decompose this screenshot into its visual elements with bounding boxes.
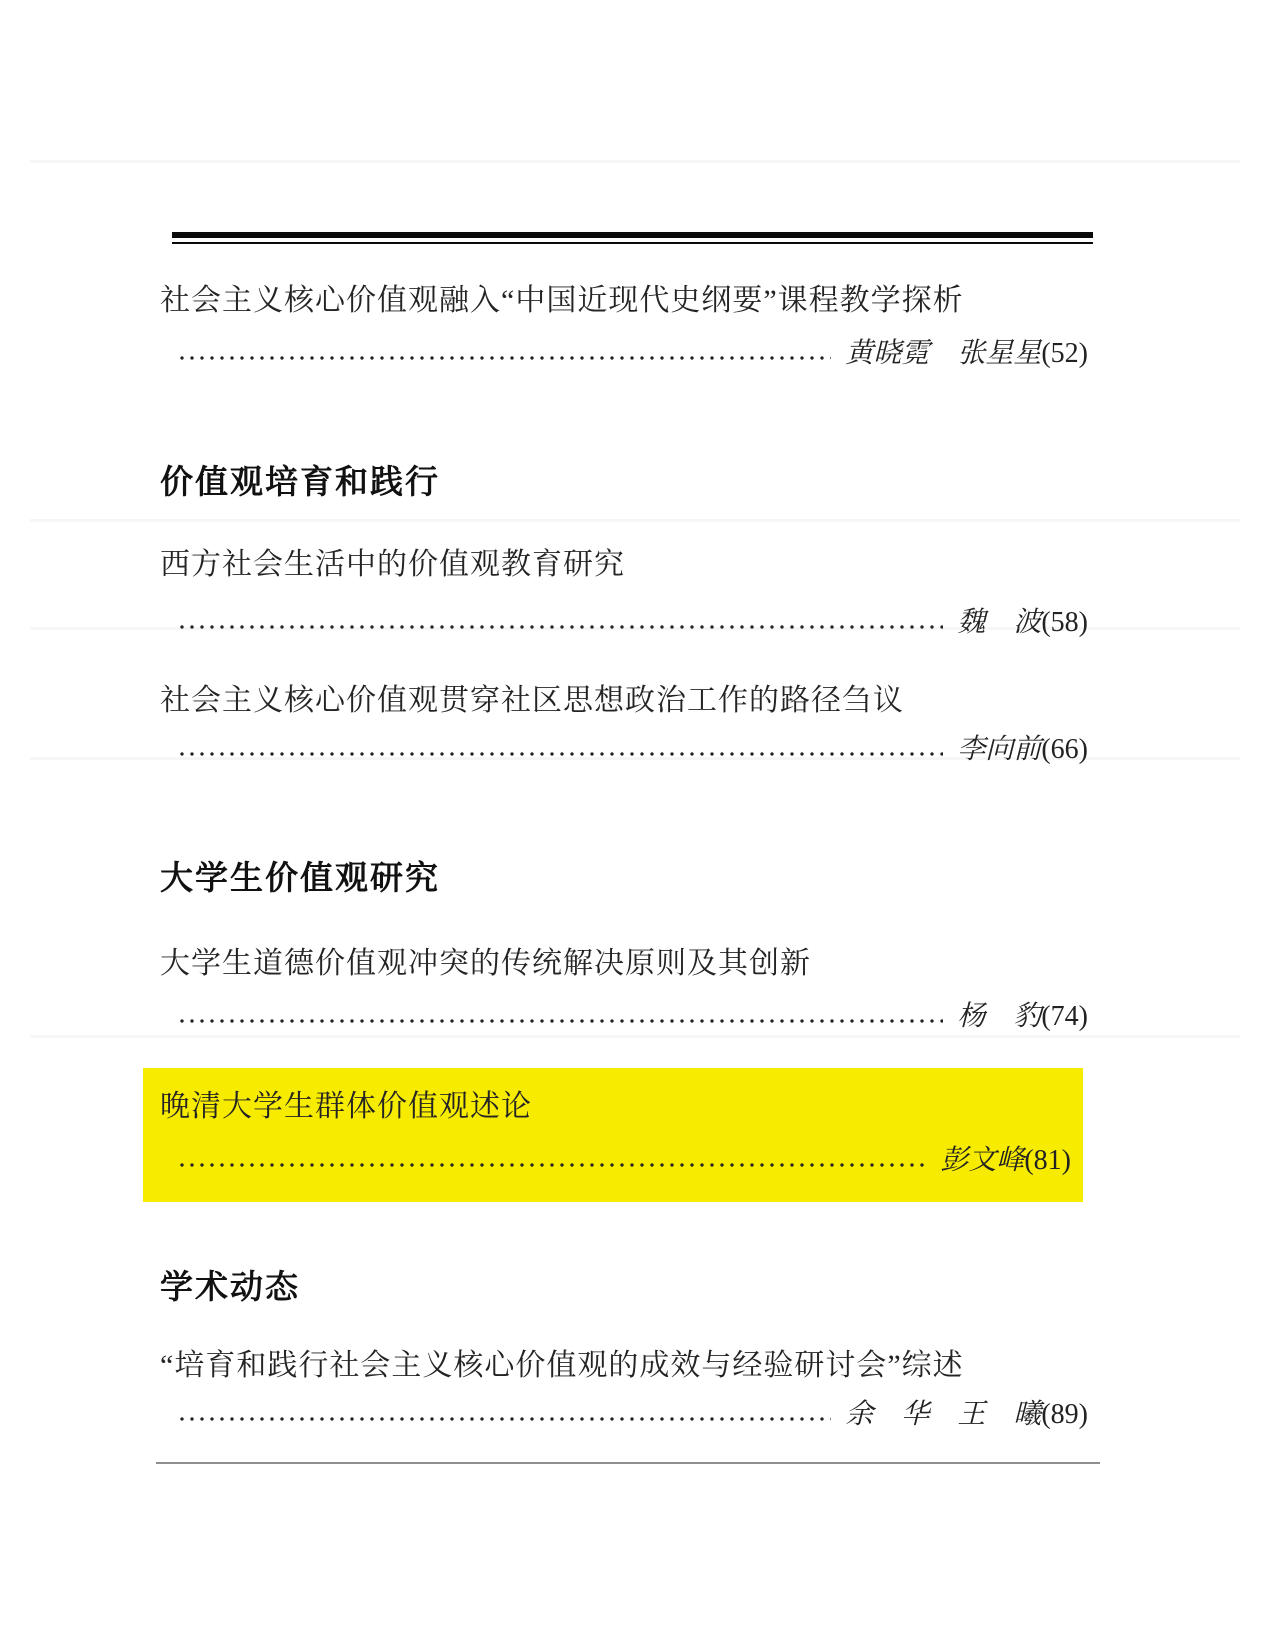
toc-entry-title[interactable]: 社会主义核心价值观贯穿社区思想政治工作的路径刍议: [160, 684, 1088, 718]
leader-dots: [177, 622, 943, 632]
toc-entry-title[interactable]: 大学生道德价值观冲突的传统解决原则及其创新: [160, 947, 1088, 981]
leader-dots: [177, 1414, 831, 1424]
toc-entry-title[interactable]: 社会主义核心价值观融入“中国近现代史纲要”课程教学探析: [160, 284, 1088, 318]
toc-entry-title[interactable]: “培育和践行社会主义核心价值观的成效与经验研讨会”综述: [160, 1349, 1088, 1383]
highlight-band[interactable]: 晚清大学生群体价值观述论 彭文峰 (81): [143, 1068, 1083, 1202]
leader-dots: [177, 353, 831, 363]
scan-artifact-line: [30, 519, 1240, 522]
toc-entry-leader[interactable]: 黄晓霓 张星星 (52): [160, 338, 1088, 370]
page-number: (74): [1041, 1001, 1088, 1033]
toc-entry-title[interactable]: 西方社会生活中的价值观教育研究: [160, 548, 1088, 582]
page-number: (58): [1041, 607, 1088, 639]
leader-dots: [177, 749, 943, 759]
bottom-rule: [156, 1462, 1100, 1464]
author-names: 杨 豹: [957, 1001, 1041, 1033]
toc-entry-title-highlighted[interactable]: 晚清大学生群体价值观述论: [160, 1090, 1083, 1124]
toc-entry-leader[interactable]: 魏 波 (58): [160, 607, 1088, 639]
section-heading: 学术动态: [160, 1269, 1088, 1305]
section-heading: 大学生价值观研究: [160, 860, 1088, 896]
leader-dots: [177, 1016, 943, 1026]
toc-entry-leader[interactable]: 彭文峰 (81): [160, 1145, 1071, 1177]
page-number: (81): [1024, 1145, 1071, 1177]
author-names: 李向前: [957, 734, 1041, 766]
journal-toc-page: 社会主义核心价值观融入“中国近现代史纲要”课程教学探析 黄晓霓 张星星 (52)…: [0, 0, 1268, 1641]
toc-entry-leader[interactable]: 余 华 王 曦 (89): [160, 1399, 1088, 1431]
toc-entry-leader[interactable]: 李向前 (66): [160, 734, 1088, 766]
top-double-rule: [172, 232, 1093, 244]
author-names: 黄晓霓 张星星: [845, 338, 1041, 370]
author-names: 魏 波: [957, 607, 1041, 639]
author-names: 余 华 王 曦: [845, 1399, 1041, 1431]
leader-dots: [177, 1160, 926, 1170]
toc-entry-leader[interactable]: 杨 豹 (74): [160, 1001, 1088, 1033]
page-number: (52): [1041, 338, 1088, 370]
scan-artifact-line: [30, 1035, 1240, 1038]
page-number: (66): [1041, 734, 1088, 766]
top-rule-thin: [172, 242, 1093, 244]
section-heading: 价值观培育和践行: [160, 464, 1088, 500]
page-number: (89): [1041, 1399, 1088, 1431]
scan-artifact-line: [30, 160, 1240, 163]
author-names: 彭文峰: [940, 1145, 1024, 1177]
